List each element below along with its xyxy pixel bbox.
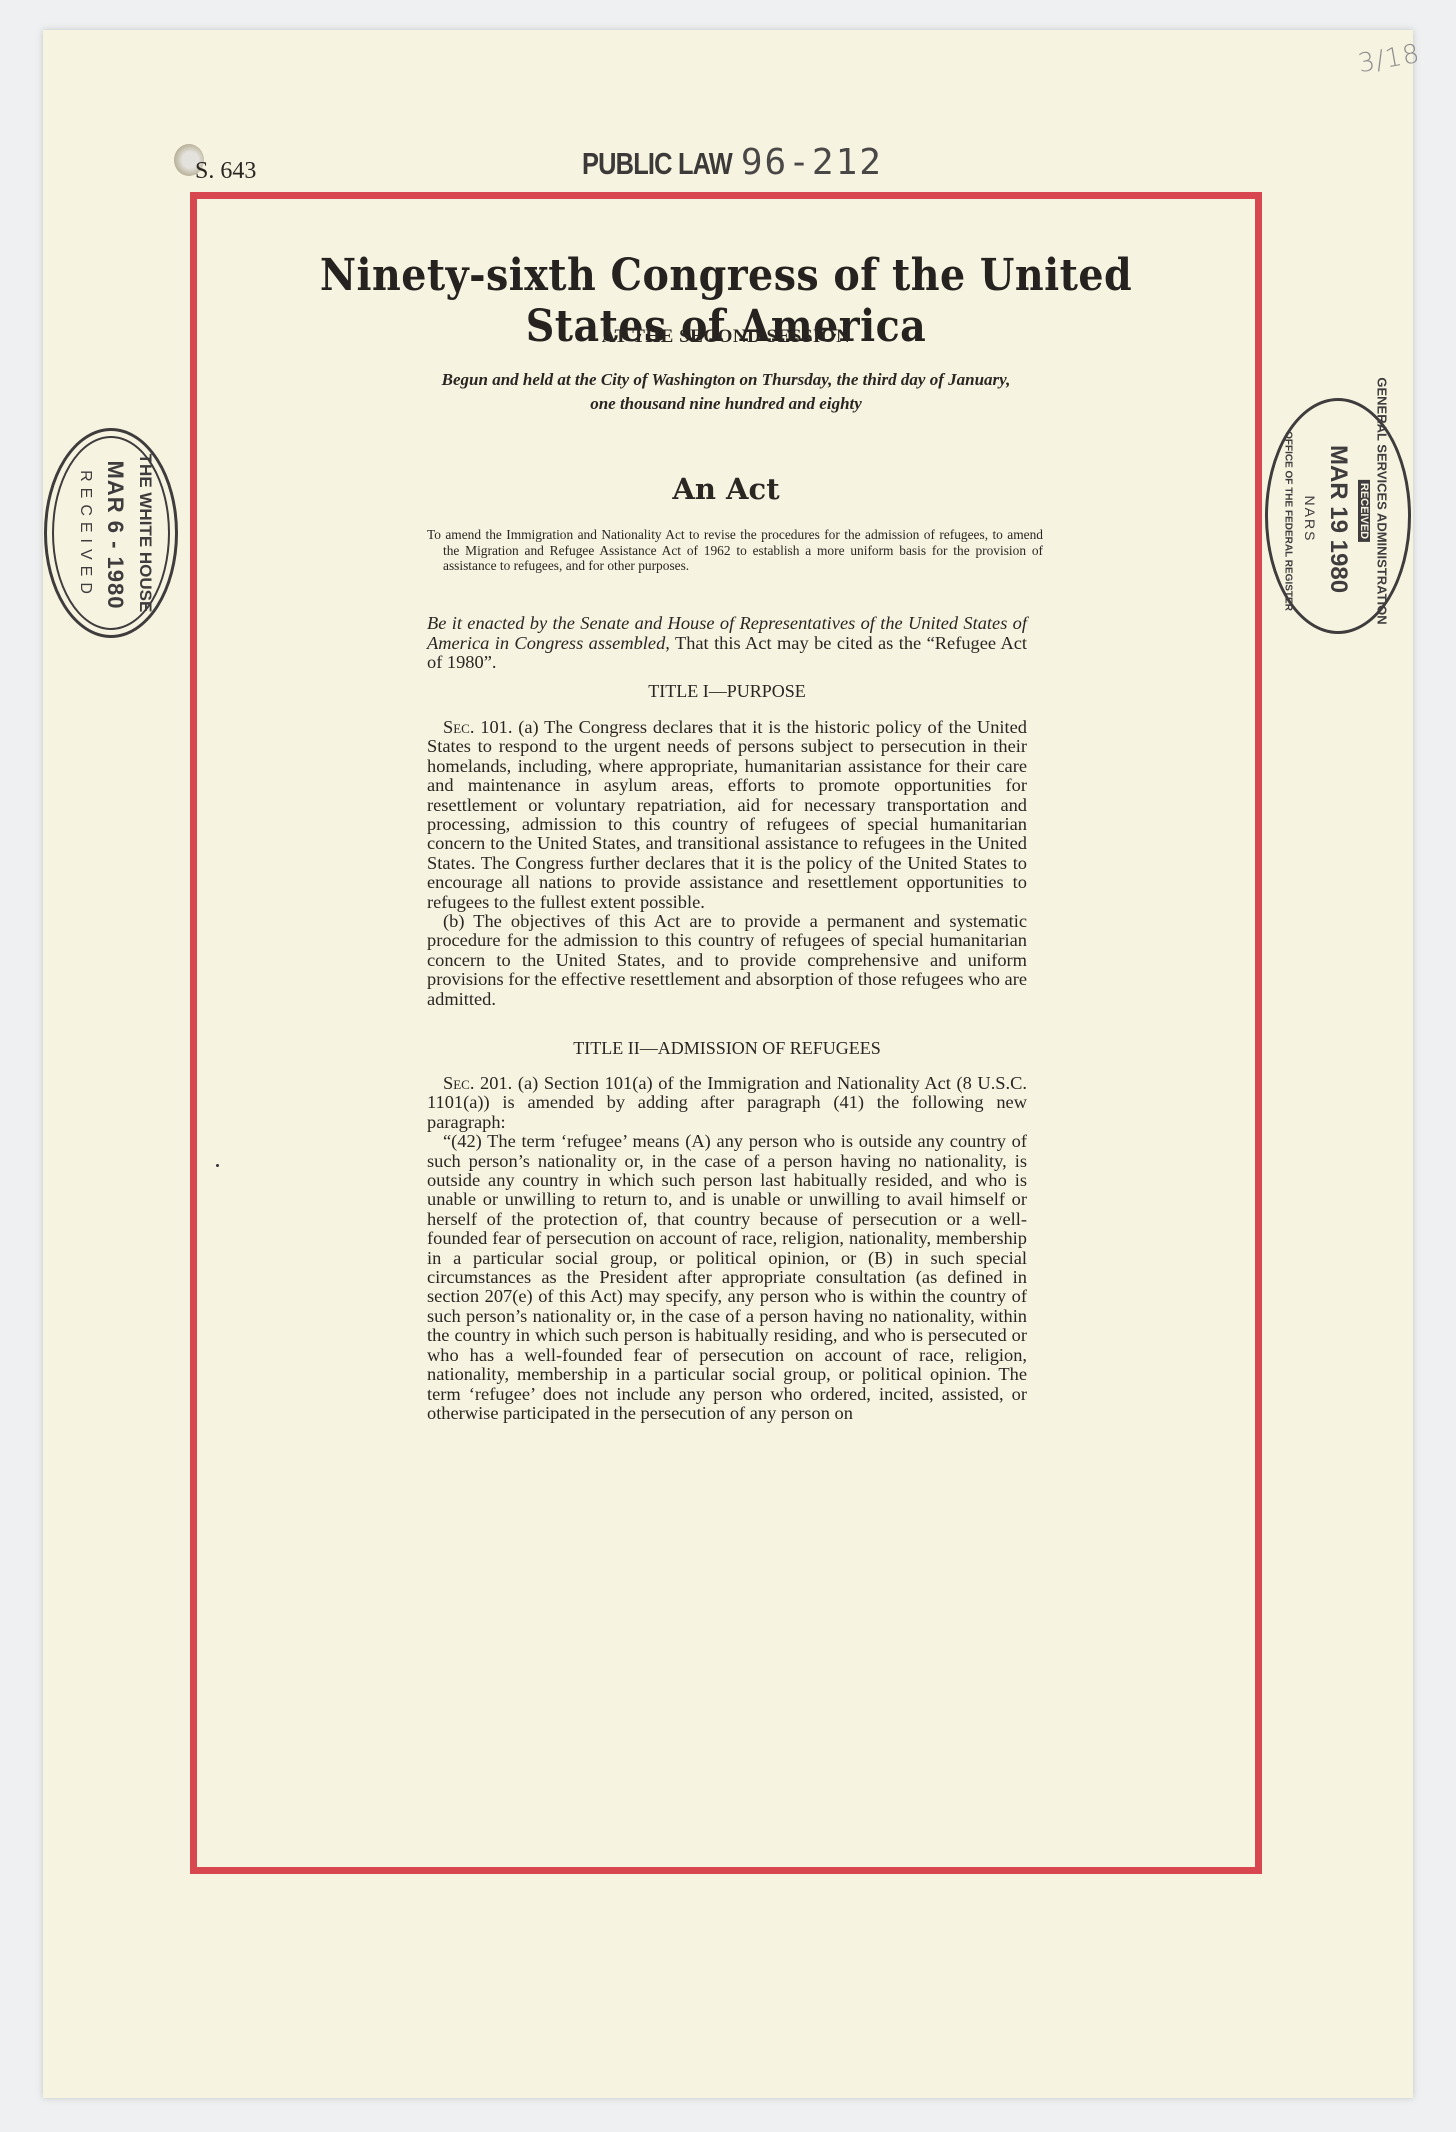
act-heading: An Act [190,472,1262,506]
public-law-stamp: PUBLIC LAW 96-212 [582,142,883,183]
red-border-frame [190,192,1262,1874]
begun-line-1: Begun and held at the City of Washington… [190,368,1262,392]
section-201: Sec. 201. (a) Section 101(a) of the Immi… [427,1074,1027,1423]
sec-label: Sec. [443,717,474,737]
sec-label: Sec. [443,1073,474,1093]
stamp-status: RECEIVED [1358,480,1370,542]
stamp-bottom-text: RECEIVED [76,470,94,600]
public-law-number: 96-212 [741,142,883,183]
section-101-a: Sec. 101. (a) The Congress declares that… [427,718,1027,912]
bill-number: S. 643 [195,158,256,185]
ink-speck [216,1164,219,1167]
begun-held-line: Begun and held at the City of Washington… [190,368,1262,416]
public-law-label: PUBLIC LAW [582,146,732,182]
stamp-date: MAR 6 - 1980 [102,461,128,610]
enacting-clause: Be it enacted by the Senate and House of… [427,614,1027,673]
gsa-nars-received-stamp: GENERAL SERVICES ADMINISTRATION RECEIVED… [1265,398,1411,634]
stamp-top-text: THE WHITE HOUSE [135,454,155,613]
section-201-a: Sec. 201. (a) Section 101(a) of the Immi… [427,1074,1027,1132]
title-2-heading: TITLE II—ADMISSION OF REFUGEES [427,1038,1027,1059]
section-101-b: (b) The objectives of this Act are to pr… [427,912,1027,1009]
stamp-top-text: GENERAL SERVICES ADMINISTRATION [1375,377,1390,624]
stamp-agency: NARS [1302,496,1318,543]
begun-line-2: one thousand nine hundred and eighty [190,392,1262,416]
session-line: AT THE SECOND SESSION [190,326,1262,348]
stamp-date: MAR 19 1980 [1324,445,1352,593]
stamp-bottom-text: OFFICE OF THE FEDERAL REGISTER [1283,431,1294,611]
act-purpose: To amend the Immigration and Nationality… [427,527,1043,574]
paragraph-42: “(42) The term ‘refugee’ means (A) any p… [427,1132,1027,1423]
white-house-received-stamp: THE WHITE HOUSE MAR 6 - 1980 RECEIVED [44,428,178,638]
section-101: Sec. 101. (a) The Congress declares that… [427,718,1027,1009]
title-1-heading: TITLE I—PURPOSE [427,681,1027,702]
